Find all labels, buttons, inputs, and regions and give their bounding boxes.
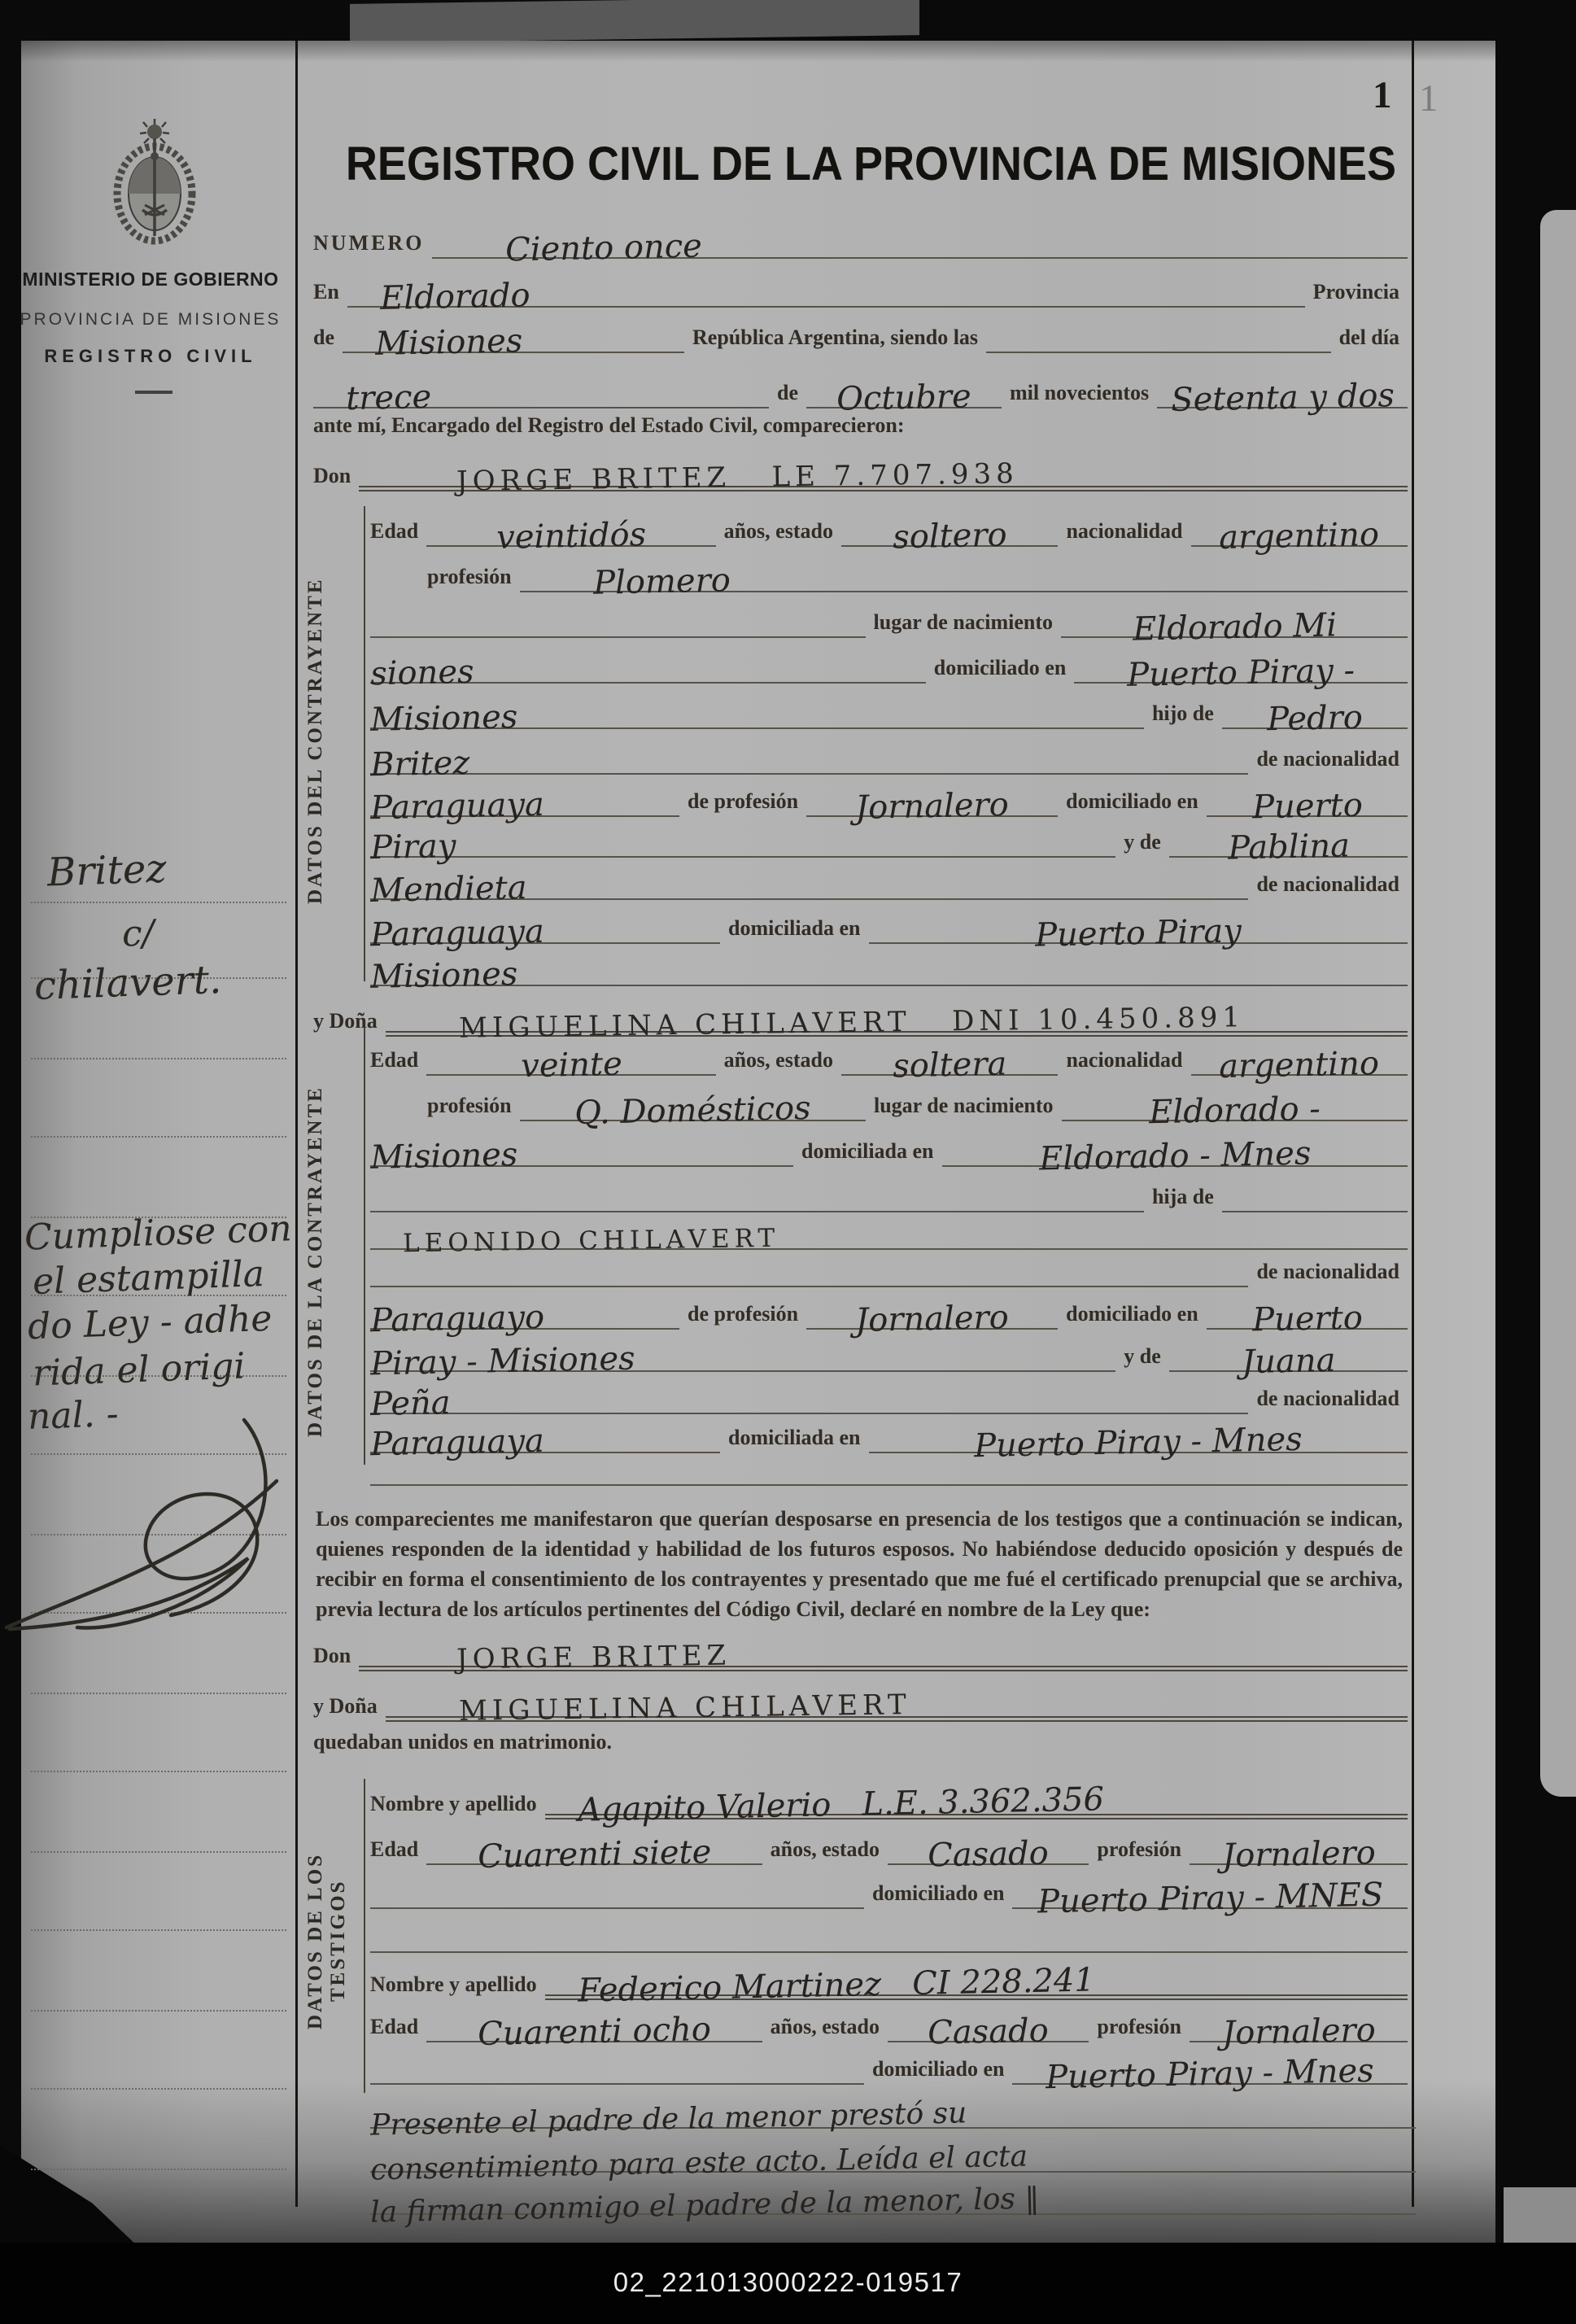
section-label-witnesses: DATOS DE LOS TESTIGOS xyxy=(304,1790,350,2091)
row-groom-madre-dom: Paraguaya domiciliada en Puerto Piray xyxy=(370,903,1408,944)
rule-line: Federico Martinez CI 228.241 xyxy=(545,1962,1408,2000)
witness1-domicilio: Puerto Piray - MNES xyxy=(1037,1879,1383,1919)
domicilio-padre-label: domiciliado en xyxy=(1058,789,1207,817)
rule-line: LEONIDO CHILAVERT xyxy=(370,1223,1408,1250)
witness1-estado: Casado xyxy=(928,1837,1049,1872)
row-witness1-nombre: Nombre y apellido Agapito Valerio L.E. 3… xyxy=(370,1776,1408,1819)
office-name: REGISTRO CIVIL xyxy=(15,346,286,367)
rule-line xyxy=(370,1286,1248,1287)
witness1-profesion: Jornalero xyxy=(1222,1837,1376,1872)
margin-case-versus: c/ xyxy=(121,912,155,954)
page-number: 1 xyxy=(1373,73,1392,117)
de-label: de xyxy=(313,325,343,353)
rule-line: Britez xyxy=(370,740,1248,775)
rule-line: JORGE BRITEZ xyxy=(359,1638,1408,1671)
margin-ruled-line xyxy=(31,2010,286,2012)
row-groom-madre2: Mendieta de nacionalidad xyxy=(370,859,1408,900)
bride-madre-domicilio: Puerto Piray - Mnes xyxy=(974,1423,1303,1462)
rule-line: Eldorado Mi xyxy=(1061,604,1408,638)
rule-line: Mendieta xyxy=(370,866,1248,900)
en-label: En xyxy=(313,280,347,308)
hija-de-label: hija de xyxy=(1144,1185,1222,1212)
union-bride-name: MIGUELINA CHILAVERT xyxy=(459,1691,911,1725)
mes-value: Octubre xyxy=(836,380,971,415)
scanned-register-page: 1 1 MINISTERIO DE GOBIERNO PROVINCIA DE … xyxy=(0,0,1576,2324)
provincia-label: Provincia xyxy=(1305,280,1408,308)
section-label-bride: DATOS DE LA CONTRAYENTE xyxy=(304,1058,327,1465)
rule-line xyxy=(370,1907,864,1909)
row-witness1-edad: Edad Cuarenti siete años, estado Casado … xyxy=(370,1824,1408,1865)
witness2-estado: Casado xyxy=(928,2014,1049,2049)
rule-line: Jornalero xyxy=(1190,1831,1408,1865)
rule-line: Paraguayo xyxy=(370,1295,679,1330)
scan-reference-code: 02_221013000222-019517 xyxy=(613,2267,963,2298)
rule-line: Cuarenti ocho xyxy=(426,2008,762,2042)
rule-line: Misiones xyxy=(343,319,684,353)
row-bride-hija-de: hija de xyxy=(370,1175,1408,1212)
row-bride-profesion: profesión Q. Domésticos lugar de nacimie… xyxy=(370,1081,1408,1121)
nombre-apellido-label: Nombre y apellido xyxy=(370,1792,545,1819)
row-bride-domicilio: Misiones domiciliada en Eldorado - Mnes xyxy=(370,1126,1408,1167)
margin-case-surname-bride: chilavert. xyxy=(33,957,222,1009)
margin-stamp-note-line3: do Ley - adhe xyxy=(27,1298,273,1348)
row-groom-padre-prof: Paraguaya de profesión Jornalero domicil… xyxy=(370,776,1408,817)
groom-domicilio: Puerto Piray - xyxy=(1127,654,1356,692)
rule-line: MIGUELINA CHILAVERT xyxy=(386,1688,1408,1722)
groom-lugar-nacimiento-cont: siones xyxy=(370,656,474,691)
domicilio-madre-label: domiciliada en xyxy=(720,1426,869,1453)
edad-label: Edad xyxy=(370,1048,426,1076)
scan-footer-band: 02_221013000222-019517 xyxy=(0,2243,1576,2324)
rule-line: Plomero xyxy=(520,558,1408,592)
rule-line: Puerto Piray xyxy=(869,910,1408,944)
row-bride-madre-dom: Paraguaya domiciliada en Puerto Piray - … xyxy=(370,1413,1408,1453)
margin-ruled-line xyxy=(31,1851,286,1853)
y-dona-label: y Doña xyxy=(313,1694,386,1722)
row-groom-padre: Misiones hijo de Pedro xyxy=(370,688,1408,729)
union-closing-text: quedaban unidos en matrimonio. xyxy=(313,1730,612,1754)
bride-madre-nacionalidad: Paraguaya xyxy=(370,1425,544,1461)
row-groom-domicilio: siones domiciliado en Puerto Piray - xyxy=(370,643,1408,684)
rule-line xyxy=(370,2083,864,2085)
bride-profesion: Q. Domésticos xyxy=(574,1092,811,1129)
rule-line: Pablina xyxy=(1169,823,1408,858)
row-bride-edad: Edad veinte años, estado soltera naciona… xyxy=(370,1035,1408,1076)
groom-name-id: JORGE BRITEZ LE 7.707.938 xyxy=(456,460,1019,496)
rule-line: veinte xyxy=(426,1042,715,1076)
row-union-dona: y Doña MIGUELINA CHILAVERT xyxy=(313,1676,1408,1722)
margin-stamp-note-line2: el estampilla xyxy=(32,1253,265,1303)
section-bracket-bride xyxy=(364,1027,365,1465)
bride-nacionalidad: argentino xyxy=(1219,1047,1380,1083)
rule-line: JORGE BRITEZ LE 7.707.938 xyxy=(359,458,1408,491)
de2-label: de xyxy=(769,381,806,408)
rule-line: Setenta y dos xyxy=(1157,374,1408,408)
profesion-label: profesión xyxy=(419,1094,520,1121)
rule-line: Jornalero xyxy=(806,783,1058,817)
rule-line xyxy=(986,352,1331,353)
row-groom-madre-dom2: Misiones xyxy=(370,946,1408,986)
edad-label: Edad xyxy=(370,519,426,547)
section-label-groom: DATOS DEL CONTRAYENTE xyxy=(304,529,327,952)
rule-line: Juana xyxy=(1169,1338,1408,1372)
anos-estado-label: años, estado xyxy=(716,1048,841,1076)
rule-line: consentimiento para este acto. Leída el … xyxy=(370,2142,1416,2173)
nacionalidad-label: nacionalidad xyxy=(1058,1048,1190,1076)
sidebar-divider-dash xyxy=(135,391,172,394)
rule-line: Piray - Misiones xyxy=(370,1338,1115,1372)
don-label: Don xyxy=(313,1644,359,1671)
hijo-de-label: hijo de xyxy=(1144,701,1222,729)
groom-madre-apellido: Mendieta xyxy=(370,871,527,907)
adjacent-page-edge xyxy=(350,0,919,43)
row-lugar: En Eldorado Provincia xyxy=(313,267,1408,308)
domicilio-label: domiciliada en xyxy=(793,1139,942,1167)
lugar-value: Eldorado xyxy=(380,279,530,315)
row-groom-nacimiento: lugar de nacimiento Eldorado Mi xyxy=(370,597,1408,638)
province-name: PROVINCIA DE MISIONES xyxy=(15,310,286,330)
groom-profesion: Plomero xyxy=(592,564,730,600)
profesion-label: profesión xyxy=(1089,2015,1190,2042)
rule-line: soltero xyxy=(841,513,1059,547)
nacionalidad-padre-label: de nacionalidad xyxy=(1248,747,1408,775)
margin-ruled-line xyxy=(31,902,286,903)
groom-estado: soltero xyxy=(893,519,1007,554)
blank-rule-line xyxy=(370,1484,1408,1486)
margin-ruled-line xyxy=(31,1136,286,1138)
margin-case-surname-groom: Britez xyxy=(46,845,167,895)
numero-label: NUMERO xyxy=(313,231,432,259)
domicilio-madre-label: domiciliada en xyxy=(720,916,869,944)
anos-estado-label: años, estado xyxy=(762,1837,888,1865)
row-bride-madre2: Peña de nacionalidad xyxy=(370,1374,1408,1414)
bride-domicilio: Eldorado - Mnes xyxy=(1038,1138,1311,1176)
row-fecha: trece de Octubre mil novecientos Setenta… xyxy=(313,363,1408,408)
lugar-nacimiento-label: lugar de nacimiento xyxy=(866,610,1062,638)
anio-value: Setenta y dos xyxy=(1171,379,1395,417)
margin-ruled-line xyxy=(31,1058,286,1059)
y-dona-label: y Doña xyxy=(313,1009,386,1037)
domicilio-padre-label: domiciliado en xyxy=(1058,1302,1207,1330)
section-bracket-witnesses xyxy=(364,1779,365,2093)
rule-line: argentino xyxy=(1191,1042,1408,1076)
profesion-padre-label: de profesión xyxy=(679,1302,806,1330)
bride-lugar-nacimiento: Eldorado - xyxy=(1149,1093,1321,1129)
rule-line: la firman conmigo el padre de la menor, … xyxy=(370,2184,1416,2215)
profesion-label: profesión xyxy=(419,565,520,592)
row-witness1-domicilio: domiciliado en Puerto Piray - MNES xyxy=(370,1868,1408,1909)
right-border-line xyxy=(1412,41,1414,2207)
republica-label: República Argentina, siendo las xyxy=(684,325,986,353)
domicilio-label: domiciliado en xyxy=(864,1881,1013,1909)
rule-line: Paraguaya xyxy=(370,783,679,817)
domicilio-label: domiciliado en xyxy=(864,2057,1013,2085)
rule-line: Puerto Piray - Mnes xyxy=(869,1419,1408,1453)
rule-line: Puerto Piray - Mnes xyxy=(1012,2051,1408,2085)
page-number-ghost: 1 xyxy=(1419,76,1438,120)
rule-line: soltera xyxy=(841,1042,1059,1076)
row-final-note2: consentimiento para este acto. Leída el … xyxy=(370,2132,1416,2173)
rule-line: Casado xyxy=(888,1831,1089,1865)
rule-line: Q. Domésticos xyxy=(520,1087,866,1121)
rule-line: Octubre xyxy=(806,374,1002,408)
rule-line: Piray xyxy=(370,823,1115,858)
row-numero: NUMERO Ciento once xyxy=(313,218,1408,259)
book-page-stack-edge xyxy=(1540,210,1576,1797)
rule-line: Puerto xyxy=(1207,1295,1408,1330)
nacionalidad-madre-label: de nacionalidad xyxy=(1248,872,1408,900)
margin-ruled-line xyxy=(31,2088,286,2090)
profesion-padre-label: de profesión xyxy=(679,789,806,817)
row-groom-madre: Piray y de Pablina xyxy=(370,817,1408,858)
row-bride-madre: Piray - Misiones y de Juana xyxy=(370,1331,1408,1372)
rule-line: argentino xyxy=(1191,513,1408,547)
lugar-nacimiento-label: lugar de nacimiento xyxy=(866,1094,1062,1121)
margin-ruled-line xyxy=(31,2169,286,2170)
argentina-coat-of-arms-icon xyxy=(104,114,205,257)
row-witness2-domicilio: domiciliado en Puerto Piray - Mnes xyxy=(370,2046,1408,2085)
don-label: Don xyxy=(313,464,359,491)
rule-line: Misiones xyxy=(370,695,1144,729)
rule-line: Misiones xyxy=(370,1133,793,1167)
bottom-right-page-edge xyxy=(1504,2187,1576,2244)
row-final-note3: la firman conmigo el padre de la menor, … xyxy=(370,2174,1416,2215)
row-groom-profesion: profesión Plomero xyxy=(370,552,1408,592)
groom-edad: veintidós xyxy=(496,518,647,554)
row-bride-padre: LEONIDO CHILAVERT xyxy=(370,1212,1408,1250)
section-bracket-groom xyxy=(364,506,365,981)
nacionalidad-padre-label: de nacionalidad xyxy=(1248,1260,1408,1287)
row-witness2-edad: Edad Cuarenti ocho años, estado Casado p… xyxy=(370,2003,1408,2042)
rule-line xyxy=(370,636,866,638)
numero-value: Ciento once xyxy=(505,229,702,266)
row-groom-padre2: Britez de nacionalidad xyxy=(370,734,1408,775)
margin-ruled-line xyxy=(31,1929,286,1931)
rule-line: Misiones xyxy=(370,952,1408,986)
row-provincia: de Misiones República Argentina, siendo … xyxy=(313,312,1408,353)
row-groom-edad: Edad veintidós años, estado soltero naci… xyxy=(370,506,1408,547)
rule-line: MIGUELINA CHILAVERT DNI 10.450.891 xyxy=(386,1003,1408,1037)
rule-line: veintidós xyxy=(426,513,715,547)
dia-value: trece xyxy=(346,381,432,415)
rule-line: Puerto xyxy=(1207,783,1408,817)
mil-novecientos-label: mil novecientos xyxy=(1002,381,1157,408)
registrar-signature xyxy=(0,1383,301,1652)
edad-label: Edad xyxy=(370,1837,426,1865)
margin-divider-line xyxy=(295,41,298,2207)
rule-line: Eldorado - xyxy=(1062,1087,1408,1121)
ministry-name: MINISTERIO DE GOBIERNO xyxy=(15,269,286,290)
del-dia-label: del día xyxy=(1331,325,1408,353)
row-final-note1: Presente el padre de la menor prestó su xyxy=(370,2088,1416,2129)
nacionalidad-label: nacionalidad xyxy=(1058,519,1190,547)
rule-line: Pedro xyxy=(1222,695,1408,729)
rule-line: Cuarenti siete xyxy=(426,1831,762,1865)
rule-line: Ciento once xyxy=(432,225,1408,259)
row-bride-padre-nac-label: de nacionalidad xyxy=(370,1250,1408,1287)
blank-rule-line xyxy=(370,1951,1408,1953)
domicilio-label: domiciliado en xyxy=(926,656,1075,684)
edad-label: Edad xyxy=(370,2015,426,2042)
bride-edad: veinte xyxy=(520,1048,622,1083)
rule-line: Eldorado - Mnes xyxy=(942,1133,1408,1167)
bride-estado: soltera xyxy=(893,1048,1007,1083)
row-don-novio: Don JORGE BRITEZ LE 7.707.938 xyxy=(313,444,1408,491)
rule-line: Agapito Valerio L.E. 3.362.356 xyxy=(545,1781,1408,1819)
margin-ruled-line xyxy=(31,1693,286,1694)
row-union-don: Don JORGE BRITEZ xyxy=(313,1626,1408,1671)
rule-line: trece xyxy=(313,374,769,408)
rule-line: Puerto Piray - xyxy=(1074,649,1408,684)
bride-lugar-nacimiento-cont: Misiones xyxy=(370,1138,518,1174)
groom-nacionalidad: argentino xyxy=(1219,518,1380,554)
y-de-label: y de xyxy=(1115,1344,1169,1372)
rule-line: Eldorado xyxy=(347,273,1305,308)
groom-domicilio-cont: Misiones xyxy=(370,701,518,736)
anos-estado-label: años, estado xyxy=(716,519,841,547)
declaration-paragraph: Los comparecientes me manifestaron que q… xyxy=(316,1504,1403,1624)
rule-line: Jornalero xyxy=(1190,2008,1408,2042)
union-groom-name: JORGE BRITEZ xyxy=(456,1642,731,1674)
margin-ruled-line xyxy=(31,1771,286,1772)
rule-line: Casado xyxy=(888,2008,1089,2042)
register-title: REGISTRO CIVIL DE LA PROVINCIA DE MISION… xyxy=(336,137,1406,191)
rule-line: Peña xyxy=(370,1380,1248,1414)
row-bride-padre-prof: Paraguayo de profesión Jornalero domicil… xyxy=(370,1289,1408,1330)
nombre-apellido-label: Nombre y apellido xyxy=(370,1972,545,2000)
anos-estado-label: años, estado xyxy=(762,2015,888,2042)
y-de-label: y de xyxy=(1115,830,1169,858)
groom-lugar-nacimiento: Eldorado Mi xyxy=(1132,609,1337,645)
nacionalidad-madre-label: de nacionalidad xyxy=(1248,1387,1408,1414)
groom-madre-domicilio-cont: Misiones xyxy=(370,958,518,994)
groom-padre-nombre: Pedro xyxy=(1267,701,1363,736)
rule-line: Puerto Piray - MNES xyxy=(1012,1875,1408,1909)
profesion-label: profesión xyxy=(1089,1837,1190,1865)
rule-line: Presente el padre de la menor prestó su xyxy=(370,2098,1416,2129)
rule-line: Jornalero xyxy=(806,1295,1058,1330)
provincia-value: Misiones xyxy=(375,325,523,360)
rule-line: siones xyxy=(370,649,926,684)
rule-line: Paraguaya xyxy=(370,1419,720,1453)
row-dona-novia: y Doña MIGUELINA CHILAVERT DNI 10.450.89… xyxy=(313,989,1408,1037)
rule-line: Paraguaya xyxy=(370,910,720,944)
row-witness2-nombre: Nombre y apellido Federico Martinez CI 2… xyxy=(370,1956,1408,2000)
ante-mi-text: ante mí, Encargado del Registro del Esta… xyxy=(313,413,905,438)
witness2-profesion: Jornalero xyxy=(1222,2014,1376,2050)
